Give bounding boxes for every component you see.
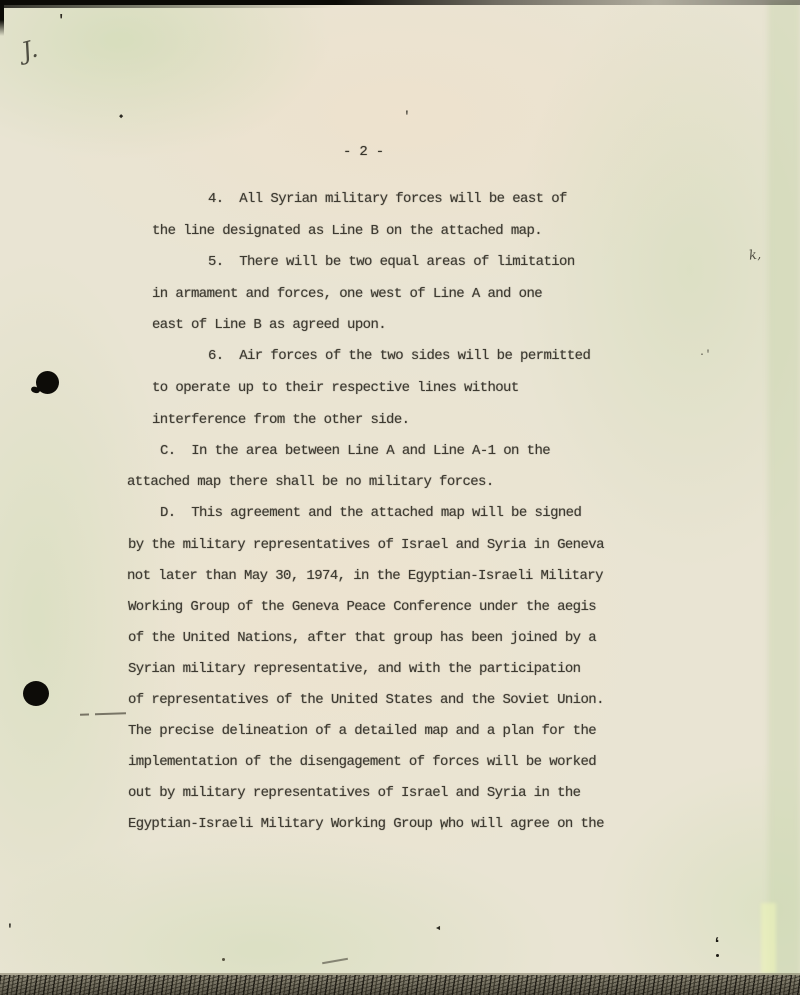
document-line: interference from the other side. [152,412,409,428]
document-line: 4. All Syrian military forces will be ea… [208,191,567,207]
document-line: by the military representatives of Israe… [128,537,604,553]
document-line: east of Line B as agreed upon. [152,317,386,333]
document-line: The precise delineation of a detailed ma… [128,723,596,739]
pen-tick-mark: ' [403,109,411,124]
document-line: of representatives of the United States … [128,692,604,708]
paper-edge-tint [768,0,800,995]
page-number: - 2 - [343,144,384,160]
document-line: implementation of the disengagement of f… [128,754,596,770]
pen-tick-mark: ' [57,13,65,29]
ink-blob [23,681,49,706]
pen-tick-mark: ' [6,922,14,937]
handwritten-initial-mark: J. [19,35,41,66]
document-line: Egyptian-Israeli Military Working Group … [128,816,604,832]
pencil-dash-mark [80,712,126,716]
document-line: to operate up to their respective lines … [152,380,519,396]
document-line: D. This agreement and the attached map w… [160,505,581,521]
pencil-dash-mark [322,958,348,964]
ink-speck: ·' [699,350,711,361]
document-line: the line designated as Line B on the att… [152,223,542,239]
scan-edge-left [0,0,4,36]
scan-edge-bottom [0,975,800,995]
ink-speck [222,958,225,961]
document-line: Syrian military representative, and with… [128,661,580,677]
document-line: Working Group of the Geneva Peace Confer… [128,599,596,615]
document-line: not later than May 30, 1974, in the Egyp… [127,568,603,584]
document-line: of the United Nations, after that group … [128,630,596,646]
document-line: 6. Air forces of the two sides will be p… [208,348,590,364]
document-line: in armament and forces, one west of Line… [152,286,542,302]
stray-comma-mark: ' [438,824,446,839]
scanned-document-page: - 2 - 4. All Syrian military forces will… [0,0,800,995]
document-line: out by military representatives of Israe… [128,785,580,801]
ink-speck: ◄ [436,925,440,933]
document-line: 5. There will be two equal areas of limi… [208,254,575,270]
paper-fold-highlight [761,903,776,973]
ink-speck: ◆ [119,112,123,121]
ink-blob [36,371,59,394]
scan-edge-top [0,5,336,8]
document-line: C. In the area between Line A and Line A… [160,443,550,459]
ink-squiggle-mark: ʻ [712,936,722,955]
margin-note-mark: k, [748,247,762,263]
document-line: attached map there shall be no military … [127,474,494,490]
